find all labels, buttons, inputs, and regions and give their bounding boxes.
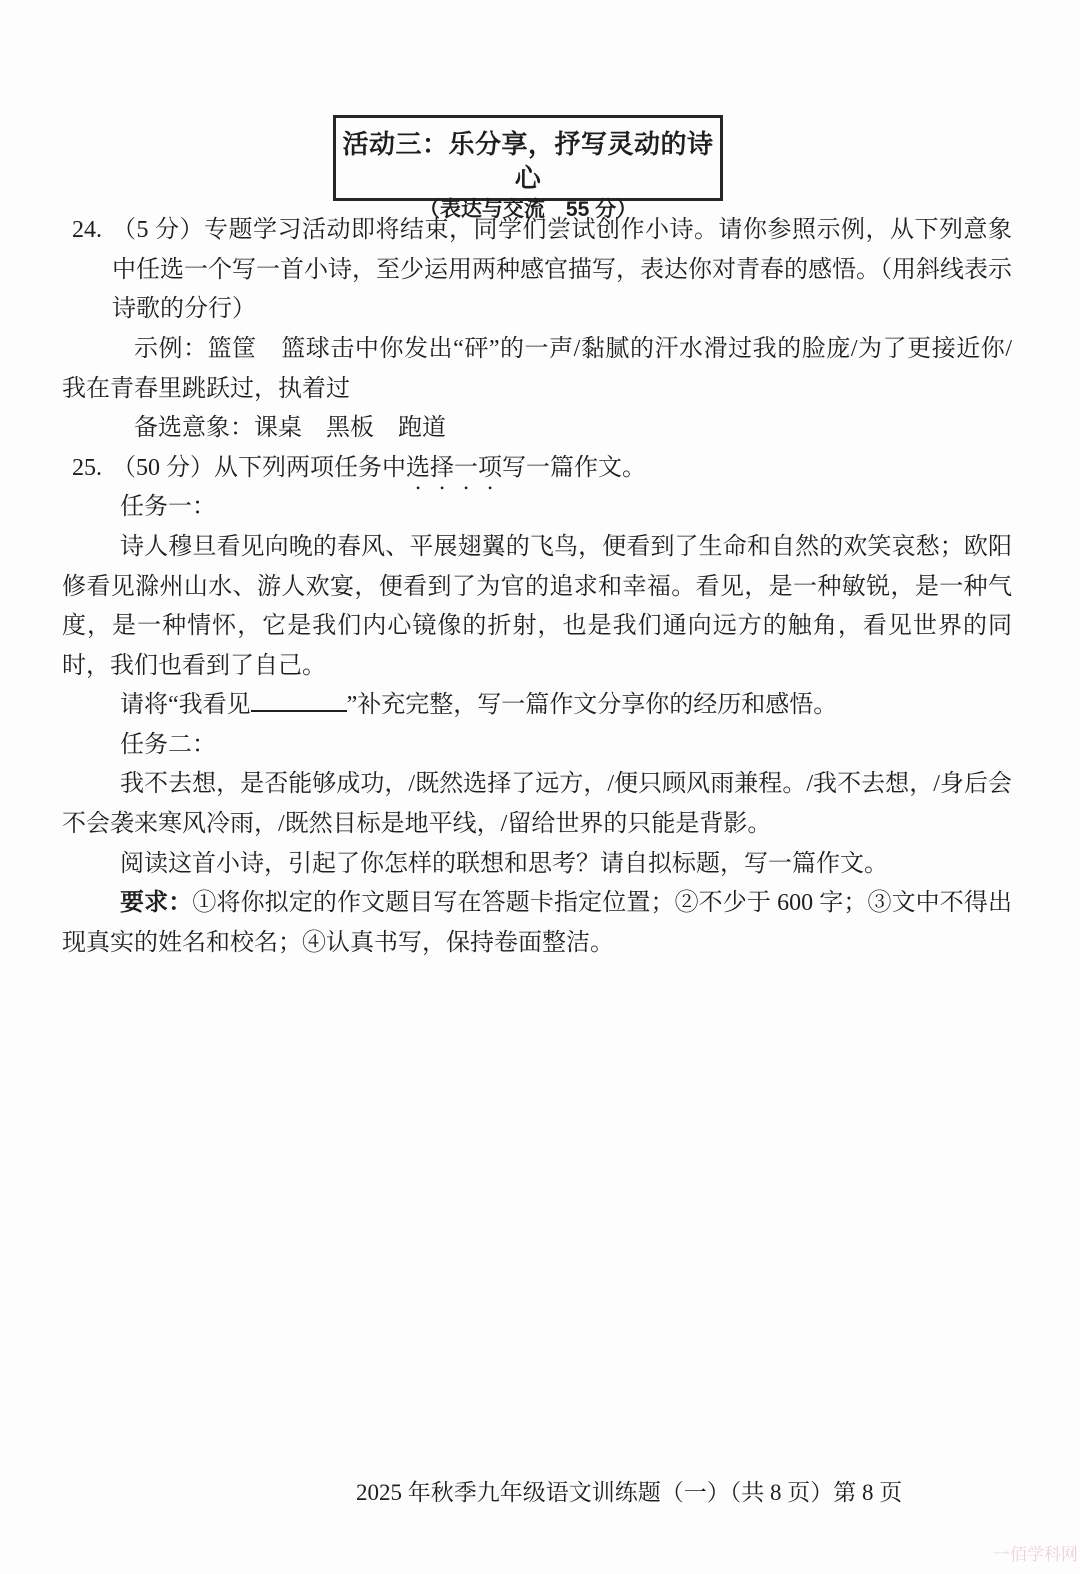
fill-in-blank	[251, 688, 347, 712]
question-24-text: （5 分）专题学习活动即将结束，同学们尝试创作小诗。请你参照示例，从下列意象中任…	[112, 211, 1012, 330]
task1-fill-line: 请将“我看见”补充完整，写一篇作文分享你的经历和感悟。	[62, 686, 1012, 726]
activity-title: 活动三：乐分享，抒写灵动的诗心	[336, 127, 720, 195]
q25-lead-after: 写一篇作文。	[502, 455, 646, 481]
q25-lead-emphasized: 选择一项	[406, 455, 502, 481]
question-25-number: 25.	[72, 449, 102, 489]
requirements-label: 要求：	[120, 890, 192, 916]
activity-title-box: 活动三：乐分享，抒写灵动的诗心 （表达与交流 55 分）	[333, 115, 723, 201]
fill-text-before: 请将“我看见	[120, 692, 251, 718]
task1-intro: 诗人穆旦看见向晚的春风、平展翅翼的飞鸟，便看到了生命和自然的欢笑哀愁；欧阳修看见…	[62, 528, 1012, 686]
task2-prompt: 阅读这首小诗，引起了你怎样的联想和思考？请自拟标题，写一篇作文。	[62, 845, 1012, 885]
exam-page: 活动三：乐分享，抒写灵动的诗心 （表达与交流 55 分） 24. （5 分）专题…	[0, 0, 1080, 1574]
site-watermark: 一佰学科网	[993, 1544, 1080, 1566]
requirements: 要求：①将你拟定的作文题目写在答题卡指定位置；②不少于 600 字；③文中不得出…	[62, 884, 1012, 963]
requirements-text: ①将你拟定的作文题目写在答题卡指定位置；②不少于 600 字；③文中不得出现真实…	[62, 890, 1012, 956]
q24-example: 示例：篮筐 篮球击中你发出“砰”的一声/黏腻的汗水滑过我的脸庞/为了更接近你/我…	[62, 330, 1012, 409]
fill-text-after: ”补充完整，写一篇作文分享你的经历和感悟。	[347, 692, 838, 718]
task2-poem: 我不去想，是否能够成功，/既然选择了远方，/便只顾风雨兼程。/我不去想，/身后会…	[62, 765, 1012, 844]
page-footer: 2025 年秋季九年级语文训练题（一）（共 8 页）第 8 页	[356, 1478, 902, 1508]
task1-label: 任务一：	[62, 488, 1012, 528]
q25-lead-before: （50 分）从下列两项任务中	[112, 455, 406, 481]
question-24-number: 24.	[72, 211, 102, 251]
task2-label: 任务二：	[62, 726, 1012, 766]
question-24: 24. （5 分）专题学习活动即将结束，同学们尝试创作小诗。请你参照示例，从下列…	[0, 211, 1080, 330]
q24-options: 备选意象：课桌 黑板 跑道	[62, 409, 1012, 449]
